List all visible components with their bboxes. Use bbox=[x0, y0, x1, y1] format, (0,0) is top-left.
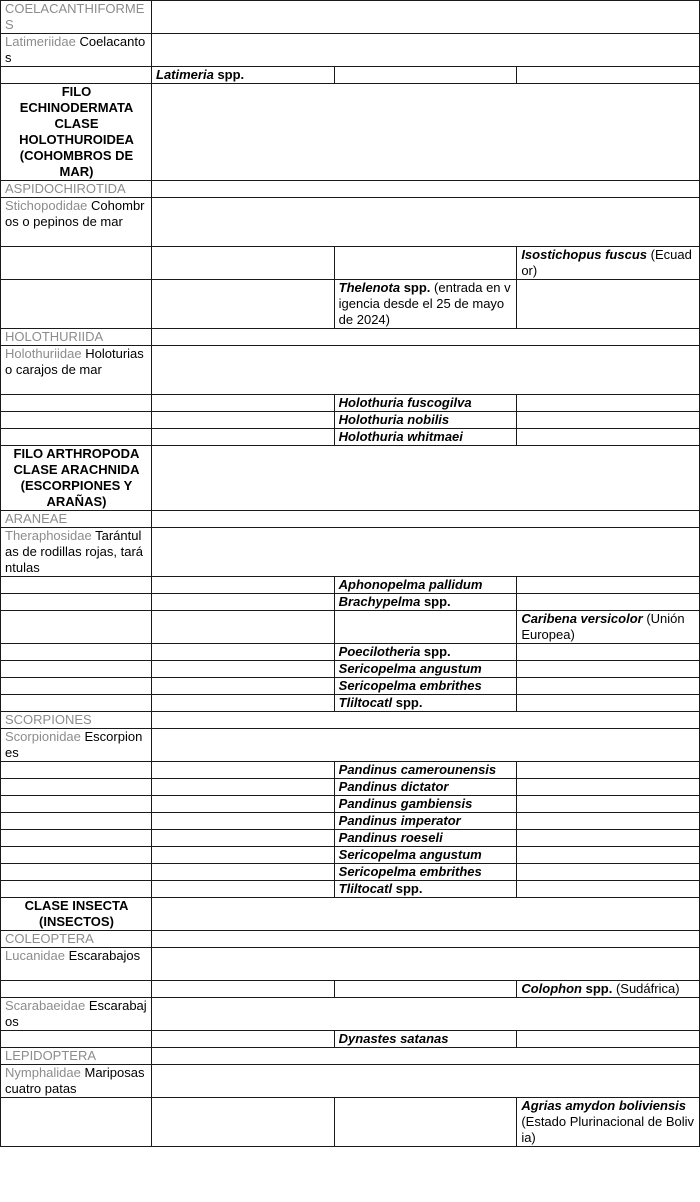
family-name: Latimeriidae bbox=[5, 34, 76, 49]
taxon-header-row: CLASE INSECTA(INSECTOS) bbox=[1, 898, 700, 931]
empty-cell bbox=[517, 280, 700, 329]
empty-cell bbox=[1, 881, 152, 898]
empty-cell bbox=[152, 329, 700, 346]
species-note: (Estado Plurinacional de Bolivia) bbox=[521, 1114, 694, 1145]
empty-cell bbox=[517, 577, 700, 594]
family-name: Holothuriidae bbox=[5, 346, 82, 361]
empty-cell bbox=[1, 280, 152, 329]
species-suffix: spp. bbox=[396, 695, 423, 710]
species-row: Tliltocatl spp. bbox=[1, 881, 700, 898]
species-name: Sericopelma embrithes bbox=[339, 864, 482, 879]
empty-cell bbox=[517, 796, 700, 813]
empty-cell bbox=[152, 813, 335, 830]
species-row: Aphonopelma pallidum bbox=[1, 577, 700, 594]
empty-cell bbox=[152, 796, 335, 813]
empty-cell bbox=[1, 981, 152, 998]
empty-cell bbox=[152, 881, 335, 898]
species-name: Tliltocatl bbox=[339, 695, 392, 710]
species-name: Colophon bbox=[521, 981, 582, 996]
empty-cell bbox=[1, 395, 152, 412]
species-row: Sericopelma embrithes bbox=[1, 864, 700, 881]
empty-cell bbox=[152, 198, 700, 247]
empty-cell bbox=[517, 678, 700, 695]
empty-cell bbox=[1, 678, 152, 695]
empty-cell bbox=[152, 678, 335, 695]
family-name: Scorpionidae bbox=[5, 729, 81, 744]
species-row: Tliltocatl spp. bbox=[1, 695, 700, 712]
species-row: Pandinus roeseli bbox=[1, 830, 700, 847]
family-name: Nymphalidae bbox=[5, 1065, 81, 1080]
species-name: Isostichopus fuscus bbox=[521, 247, 647, 262]
family-row: Scarabaeidae Escarabajos bbox=[1, 998, 700, 1031]
species-row: Brachypelma spp. bbox=[1, 594, 700, 611]
species-cell: Pandinus imperator bbox=[334, 813, 517, 830]
species-row: Holothuria nobilis bbox=[1, 412, 700, 429]
order-name: SCORPIONES bbox=[5, 712, 92, 727]
species-name: Holothuria whitmaei bbox=[339, 429, 463, 444]
species-cell: Pandinus dictator bbox=[334, 779, 517, 796]
species-cell: Pandinus gambiensis bbox=[334, 796, 517, 813]
species-cell: Thelenota spp. (entrada en vigencia desd… bbox=[334, 280, 517, 329]
species-name: Pandinus dictator bbox=[339, 779, 449, 794]
empty-cell bbox=[1, 830, 152, 847]
species-cell: Agrias amydon boliviensis (Estado Plurin… bbox=[517, 1098, 700, 1147]
empty-cell bbox=[152, 594, 335, 611]
empty-cell bbox=[1, 1098, 152, 1147]
taxon-header-row: FILO ARTHROPODACLASE ARACHNIDA(ESCORPION… bbox=[1, 446, 700, 511]
empty-cell bbox=[334, 247, 517, 280]
species-name: Holothuria fuscogilva bbox=[339, 395, 472, 410]
species-suffix: spp. bbox=[424, 594, 451, 609]
order-row: COELACANTHIFORMES bbox=[1, 1, 700, 34]
species-suffix: spp. bbox=[404, 280, 431, 295]
species-cell: Brachypelma spp. bbox=[334, 594, 517, 611]
order-row: LEPIDOPTERA bbox=[1, 1048, 700, 1065]
empty-cell bbox=[517, 762, 700, 779]
family-cell: Holothuriidae Holoturias o carajos de ma… bbox=[1, 346, 152, 395]
empty-cell bbox=[152, 931, 700, 948]
family-row: Lucanidae Escarabajos bbox=[1, 948, 700, 981]
empty-cell bbox=[1, 864, 152, 881]
species-cell: Holothuria fuscogilva bbox=[334, 395, 517, 412]
empty-cell bbox=[152, 280, 335, 329]
empty-cell bbox=[1, 594, 152, 611]
species-suffix: spp. bbox=[424, 644, 451, 659]
empty-cell bbox=[152, 762, 335, 779]
empty-cell bbox=[152, 1065, 700, 1098]
family-row: Theraphosidae Tarántulas de rodillas roj… bbox=[1, 528, 700, 577]
empty-cell bbox=[1, 796, 152, 813]
empty-cell bbox=[152, 864, 335, 881]
empty-cell bbox=[1, 813, 152, 830]
family-name: Lucanidae bbox=[5, 948, 65, 963]
empty-cell bbox=[517, 395, 700, 412]
species-cell: Tliltocatl spp. bbox=[334, 881, 517, 898]
species-name: Agrias amydon boliviensis bbox=[521, 1098, 686, 1113]
species-cell: Sericopelma angustum bbox=[334, 661, 517, 678]
header-line: (INSECTOS) bbox=[5, 914, 148, 930]
species-cell: Tliltocatl spp. bbox=[334, 695, 517, 712]
order-cell: HOLOTHURIIDA bbox=[1, 329, 152, 346]
species-row: Holothuria fuscogilva bbox=[1, 395, 700, 412]
species-row: Sericopelma embrithes bbox=[1, 678, 700, 695]
header-line: CLASE HOLOTHUROIDEA bbox=[5, 116, 148, 148]
species-cell: Caribena versicolor (Unión Europea) bbox=[517, 611, 700, 644]
empty-cell bbox=[1, 1031, 152, 1048]
empty-cell bbox=[152, 346, 700, 395]
species-cell: Colophon spp. (Sudáfrica) bbox=[517, 981, 700, 998]
species-cell: Holothuria nobilis bbox=[334, 412, 517, 429]
empty-cell bbox=[517, 847, 700, 864]
family-cell: Scorpionidae Escorpiones bbox=[1, 729, 152, 762]
species-cell: Pandinus roeseli bbox=[334, 830, 517, 847]
empty-cell bbox=[517, 412, 700, 429]
empty-cell bbox=[517, 779, 700, 796]
taxon-header-cell: FILO ARTHROPODACLASE ARACHNIDA(ESCORPION… bbox=[1, 446, 152, 511]
family-cell: Lucanidae Escarabajos bbox=[1, 948, 152, 981]
species-listing-table: COELACANTHIFORMESLatimeriidae Coelacanto… bbox=[0, 0, 700, 1147]
order-row: ASPIDOCHIROTIDA bbox=[1, 181, 700, 198]
empty-cell bbox=[152, 998, 700, 1031]
empty-cell bbox=[152, 898, 700, 931]
species-row: Thelenota spp. (entrada en vigencia desd… bbox=[1, 280, 700, 329]
species-row: Dynastes satanas bbox=[1, 1031, 700, 1048]
species-row: Pandinus imperator bbox=[1, 813, 700, 830]
species-cell: Dynastes satanas bbox=[334, 1031, 517, 1048]
family-cell: Nymphalidae Mariposas cuatro patas bbox=[1, 1065, 152, 1098]
taxon-header-cell: CLASE INSECTA(INSECTOS) bbox=[1, 898, 152, 931]
order-name: ARANEAE bbox=[5, 511, 67, 526]
empty-cell bbox=[152, 34, 700, 67]
empty-cell bbox=[152, 1048, 700, 1065]
species-name: Brachypelma bbox=[339, 594, 421, 609]
species-row: Sericopelma angustum bbox=[1, 661, 700, 678]
empty-cell bbox=[152, 528, 700, 577]
empty-cell bbox=[152, 779, 335, 796]
species-name: Poecilotheria bbox=[339, 644, 421, 659]
empty-cell bbox=[152, 695, 335, 712]
empty-cell bbox=[152, 446, 700, 511]
empty-cell bbox=[1, 247, 152, 280]
order-cell: LEPIDOPTERA bbox=[1, 1048, 152, 1065]
species-name: Pandinus imperator bbox=[339, 813, 461, 828]
empty-cell bbox=[152, 830, 335, 847]
species-name: Dynastes satanas bbox=[339, 1031, 449, 1046]
species-cell: Sericopelma embrithes bbox=[334, 678, 517, 695]
empty-cell bbox=[152, 429, 335, 446]
species-cell: Pandinus camerounensis bbox=[334, 762, 517, 779]
family-row: Latimeriidae Coelacantos bbox=[1, 34, 700, 67]
order-name: COLEOPTERA bbox=[5, 931, 94, 946]
order-cell: COELACANTHIFORMES bbox=[1, 1, 152, 34]
species-suffix: spp. bbox=[586, 981, 613, 996]
empty-cell bbox=[152, 847, 335, 864]
empty-cell bbox=[152, 981, 335, 998]
empty-cell bbox=[1, 67, 152, 84]
species-name: Holothuria nobilis bbox=[339, 412, 450, 427]
empty-cell bbox=[1, 847, 152, 864]
family-cell: Theraphosidae Tarántulas de rodillas roj… bbox=[1, 528, 152, 577]
species-row: Poecilotheria spp. bbox=[1, 644, 700, 661]
empty-cell bbox=[517, 695, 700, 712]
family-row: Nymphalidae Mariposas cuatro patas bbox=[1, 1065, 700, 1098]
species-name: Aphonopelma pallidum bbox=[339, 577, 483, 592]
empty-cell bbox=[152, 247, 335, 280]
family-row: Scorpionidae Escorpiones bbox=[1, 729, 700, 762]
species-name: Tliltocatl bbox=[339, 881, 392, 896]
empty-cell bbox=[152, 948, 700, 981]
empty-cell bbox=[152, 1, 700, 34]
species-name: Latimeria bbox=[156, 67, 214, 82]
order-name: HOLOTHURIIDA bbox=[5, 329, 103, 344]
species-row: Pandinus gambiensis bbox=[1, 796, 700, 813]
species-row: Pandinus camerounensis bbox=[1, 762, 700, 779]
species-name: Caribena versicolor bbox=[521, 611, 642, 626]
header-line: (ESCORPIONES Y ARAÑAS) bbox=[5, 478, 148, 510]
species-row: Caribena versicolor (Unión Europea) bbox=[1, 611, 700, 644]
order-row: HOLOTHURIIDA bbox=[1, 329, 700, 346]
species-suffix: spp. bbox=[396, 881, 423, 896]
empty-cell bbox=[1, 611, 152, 644]
empty-cell bbox=[517, 1031, 700, 1048]
empty-cell bbox=[517, 429, 700, 446]
family-cell: Stichopodidae Cohombros o pepinos de mar bbox=[1, 198, 152, 247]
family-row: Holothuriidae Holoturias o carajos de ma… bbox=[1, 346, 700, 395]
empty-cell bbox=[517, 881, 700, 898]
species-cell: Isostichopus fuscus (Ecuador) bbox=[517, 247, 700, 280]
order-cell: SCORPIONES bbox=[1, 712, 152, 729]
empty-cell bbox=[1, 695, 152, 712]
empty-cell bbox=[152, 1098, 335, 1147]
empty-cell bbox=[152, 729, 700, 762]
empty-cell bbox=[1, 412, 152, 429]
empty-cell bbox=[152, 1031, 335, 1048]
empty-cell bbox=[334, 981, 517, 998]
header-line: CLASE ARACHNIDA bbox=[5, 462, 148, 478]
species-name: Pandinus roeseli bbox=[339, 830, 443, 845]
empty-cell bbox=[152, 511, 700, 528]
family-cell: Scarabaeidae Escarabajos bbox=[1, 998, 152, 1031]
empty-cell bbox=[517, 813, 700, 830]
order-name: COELACANTHIFORMES bbox=[5, 1, 144, 32]
common-name: Escarabajos bbox=[69, 948, 141, 963]
species-name: Thelenota bbox=[339, 280, 400, 295]
empty-cell bbox=[152, 611, 335, 644]
species-cell: Holothuria whitmaei bbox=[334, 429, 517, 446]
empty-cell bbox=[334, 611, 517, 644]
species-cell: Aphonopelma pallidum bbox=[334, 577, 517, 594]
family-name: Scarabaeidae bbox=[5, 998, 85, 1013]
species-row: Isostichopus fuscus (Ecuador) bbox=[1, 247, 700, 280]
taxon-header-cell: FILO ECHINODERMATACLASE HOLOTHUROIDEA(CO… bbox=[1, 84, 152, 181]
species-row: Holothuria whitmaei bbox=[1, 429, 700, 446]
species-cell: Sericopelma angustum bbox=[334, 847, 517, 864]
order-name: LEPIDOPTERA bbox=[5, 1048, 96, 1063]
empty-cell bbox=[1, 429, 152, 446]
empty-cell bbox=[1, 644, 152, 661]
species-name: Sericopelma angustum bbox=[339, 847, 482, 862]
order-row: SCORPIONES bbox=[1, 712, 700, 729]
species-suffix: spp. bbox=[217, 67, 244, 82]
taxon-header-row: FILO ECHINODERMATACLASE HOLOTHUROIDEA(CO… bbox=[1, 84, 700, 181]
empty-cell bbox=[152, 577, 335, 594]
empty-cell bbox=[517, 594, 700, 611]
table-body: COELACANTHIFORMESLatimeriidae Coelacanto… bbox=[1, 1, 700, 1147]
header-line: FILO ECHINODERMATA bbox=[5, 84, 148, 116]
species-cell: Latimeria spp. bbox=[152, 67, 335, 84]
species-cell: Sericopelma embrithes bbox=[334, 864, 517, 881]
family-name: Theraphosidae bbox=[5, 528, 92, 543]
order-row: COLEOPTERA bbox=[1, 931, 700, 948]
empty-cell bbox=[517, 67, 700, 84]
empty-cell bbox=[152, 181, 700, 198]
species-row: Pandinus dictator bbox=[1, 779, 700, 796]
order-cell: ARANEAE bbox=[1, 511, 152, 528]
species-cell: Poecilotheria spp. bbox=[334, 644, 517, 661]
empty-cell bbox=[1, 779, 152, 796]
empty-cell bbox=[1, 762, 152, 779]
empty-cell bbox=[152, 712, 700, 729]
order-name: ASPIDOCHIROTIDA bbox=[5, 181, 126, 196]
empty-cell bbox=[334, 1098, 517, 1147]
species-row: Sericopelma angustum bbox=[1, 847, 700, 864]
species-name: Pandinus camerounensis bbox=[339, 762, 497, 777]
empty-cell bbox=[152, 661, 335, 678]
empty-cell bbox=[1, 661, 152, 678]
species-row: Colophon spp. (Sudáfrica) bbox=[1, 981, 700, 998]
species-name: Sericopelma embrithes bbox=[339, 678, 482, 693]
family-cell: Latimeriidae Coelacantos bbox=[1, 34, 152, 67]
species-row: Agrias amydon boliviensis (Estado Plurin… bbox=[1, 1098, 700, 1147]
species-name: Sericopelma angustum bbox=[339, 661, 482, 676]
family-row: Stichopodidae Cohombros o pepinos de mar bbox=[1, 198, 700, 247]
empty-cell bbox=[334, 67, 517, 84]
empty-cell bbox=[517, 830, 700, 847]
header-line: FILO ARTHROPODA bbox=[5, 446, 148, 462]
header-line: CLASE INSECTA bbox=[5, 898, 148, 914]
empty-cell bbox=[1, 577, 152, 594]
family-name: Stichopodidae bbox=[5, 198, 87, 213]
empty-cell bbox=[517, 644, 700, 661]
empty-cell bbox=[517, 661, 700, 678]
species-name: Pandinus gambiensis bbox=[339, 796, 473, 811]
species-note: (Sudáfrica) bbox=[616, 981, 680, 996]
empty-cell bbox=[152, 395, 335, 412]
order-row: ARANEAE bbox=[1, 511, 700, 528]
empty-cell bbox=[152, 412, 335, 429]
empty-cell bbox=[152, 644, 335, 661]
species-row: Latimeria spp. bbox=[1, 67, 700, 84]
header-line: (COHOMBROS DE MAR) bbox=[5, 148, 148, 180]
empty-cell bbox=[517, 864, 700, 881]
order-cell: COLEOPTERA bbox=[1, 931, 152, 948]
empty-cell bbox=[152, 84, 700, 181]
order-cell: ASPIDOCHIROTIDA bbox=[1, 181, 152, 198]
